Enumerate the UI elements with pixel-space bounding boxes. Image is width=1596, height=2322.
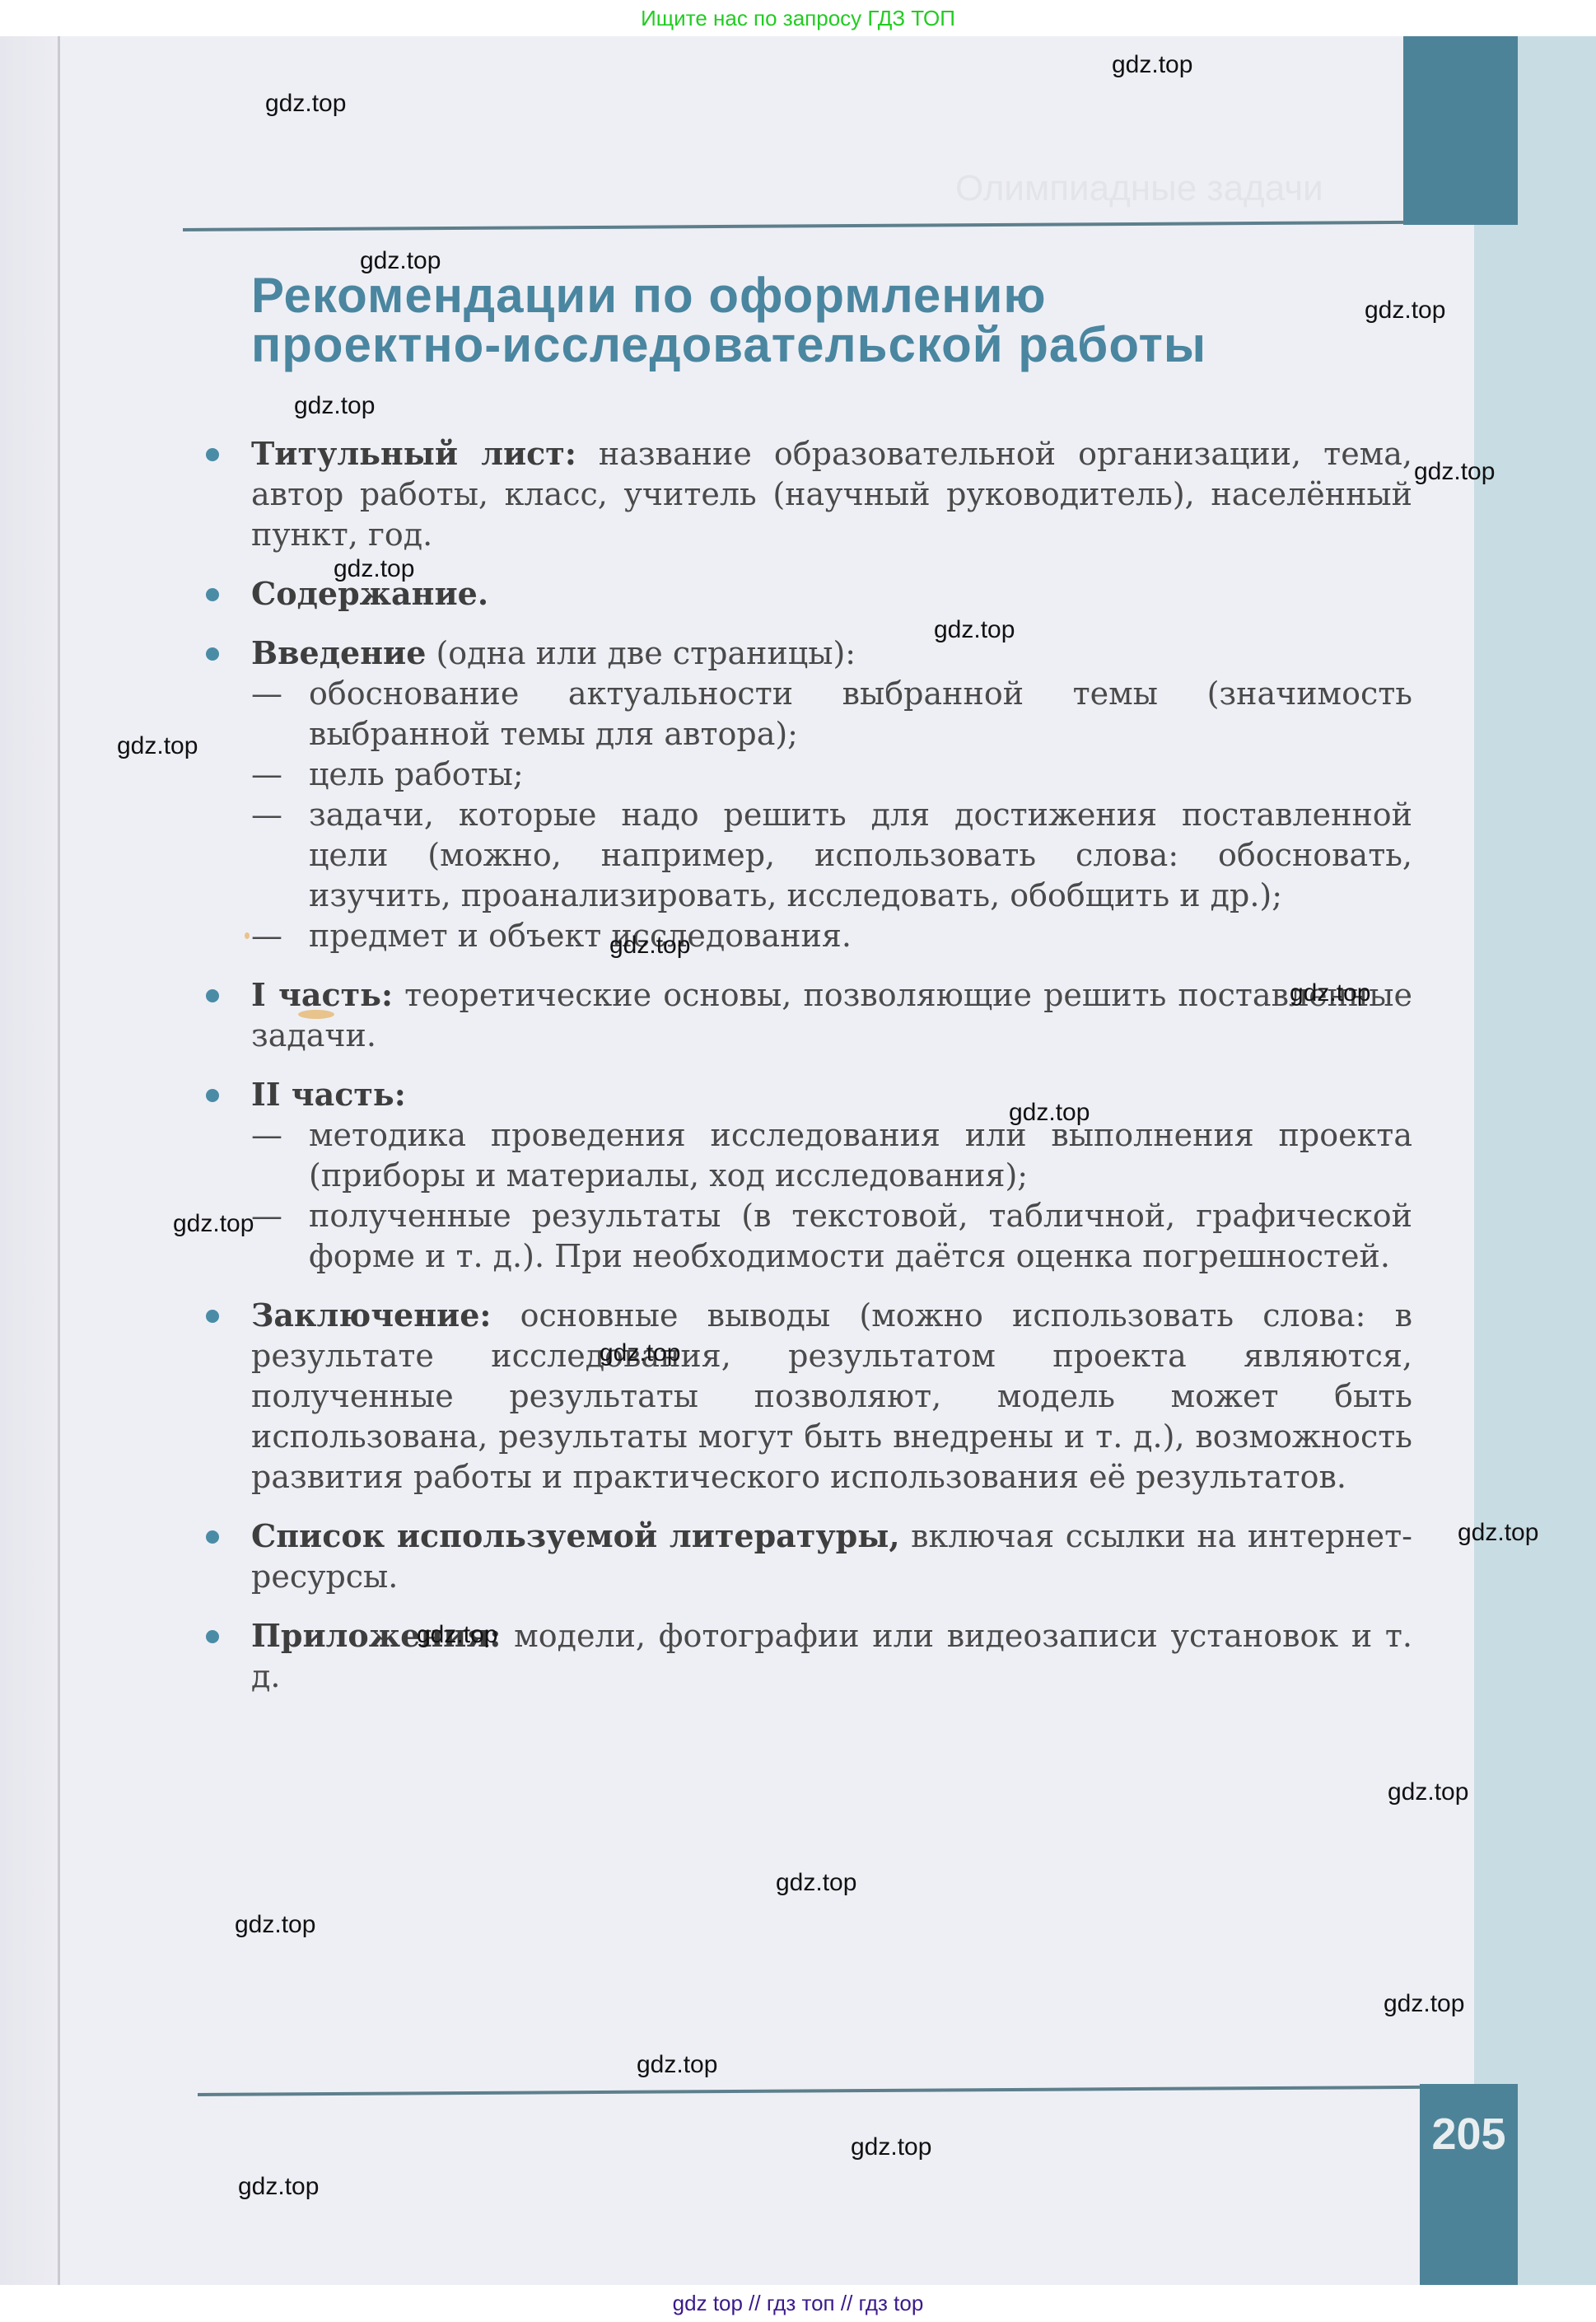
watermark: gdz.top: [1388, 1778, 1468, 1806]
watermark: gdz.top: [1112, 51, 1192, 79]
sub-item: —предмет и объект исследования.: [251, 916, 1412, 956]
bleed-through-header: Олимпиадные задачи: [955, 168, 1323, 209]
bullet-icon: [206, 1530, 219, 1544]
sub-item: —полученные результаты (в текстовой, таб…: [251, 1196, 1412, 1277]
top-color-tab: [1403, 36, 1518, 225]
textbook-page: Олимпиадные задачи Рекомендации по оформ…: [0, 36, 1596, 2285]
watermark: gdz.top: [609, 932, 690, 960]
top-banner: Ищите нас по запросу ГДЗ ТОП: [0, 0, 1596, 36]
item-text: I часть: теоретические основы, позволяющ…: [251, 974, 1412, 1056]
item-text: Введение (одна или две страницы):: [251, 633, 1412, 674]
bullet-icon: [206, 647, 219, 661]
watermark: gdz.top: [238, 2173, 319, 2201]
item-label: Титульный лист:: [251, 435, 576, 472]
list-item: Список используемой литературы, включая …: [206, 1516, 1412, 1597]
watermark: gdz.top: [417, 1621, 497, 1649]
page-number: 205: [1420, 2109, 1518, 2160]
item-description: теоретические основы, позволяющие решить…: [251, 977, 1412, 1054]
item-text: II часть:: [251, 1074, 1412, 1115]
watermark: gdz.top: [851, 2133, 931, 2161]
watermark: gdz.top: [1414, 458, 1495, 486]
title-line-2: проектно-исследовательской работы: [251, 320, 1404, 370]
recommendations-list: Титульный лист: название образовательной…: [206, 433, 1412, 1715]
list-item: Введение (одна или две страницы):—обосно…: [206, 633, 1412, 956]
stain-mark: [298, 1010, 334, 1019]
page-title: Рекомендации по оформлению проектно-иссл…: [251, 271, 1404, 370]
title-line-1: Рекомендации по оформлению: [251, 271, 1404, 320]
watermark: gdz.top: [294, 392, 375, 420]
item-label: Список используемой литературы,: [251, 1517, 900, 1554]
dash-marker: —: [251, 674, 282, 714]
bullet-icon: [206, 1310, 219, 1323]
sub-item-text: методика проведения исследования или вып…: [309, 1117, 1412, 1194]
item-text: Титульный лист: название образовательной…: [251, 433, 1412, 555]
sub-item: —цель работы;: [251, 755, 1412, 795]
stain-mark: [245, 932, 250, 939]
right-edge-strip: [1474, 36, 1596, 2285]
item-text: Список используемой литературы, включая …: [251, 1516, 1412, 1597]
watermark: gdz.top: [776, 1869, 856, 1897]
sub-item: —методика проведения исследования или вы…: [251, 1115, 1412, 1196]
bullet-icon: [206, 1630, 219, 1643]
left-margin: [0, 36, 58, 2285]
dash-marker: —: [251, 916, 282, 956]
sub-item: —обоснование актуальности выбранной темы…: [251, 674, 1412, 755]
list-item: Приложения: модели, фотографии или видео…: [206, 1615, 1412, 1697]
watermark: gdz.top: [934, 616, 1015, 644]
bottom-banner-text: gdz top // гдз топ // гдз top: [673, 2291, 924, 2315]
list-item: Титульный лист: название образовательной…: [206, 433, 1412, 555]
sub-item-text: обоснование актуальности выбранной темы …: [309, 675, 1412, 752]
sub-item-text: цель работы;: [309, 756, 524, 792]
item-label: I часть:: [251, 976, 393, 1013]
book-spine: [58, 36, 60, 2285]
list-item: I часть: теоретические основы, позволяющ…: [206, 974, 1412, 1056]
watermark: gdz.top: [1458, 1519, 1538, 1547]
watermark: gdz.top: [1009, 1099, 1090, 1127]
list-item: Заключение: основные выводы (можно испол…: [206, 1295, 1412, 1497]
bottom-divider: [198, 2086, 1420, 2096]
item-text: Заключение: основные выводы (можно испол…: [251, 1295, 1412, 1497]
bullet-icon: [206, 989, 219, 1002]
bullet-icon: [206, 588, 219, 601]
watermark: gdz.top: [334, 555, 414, 583]
item-label: Введение: [251, 634, 426, 671]
item-label: II часть:: [251, 1076, 406, 1113]
top-divider: [183, 221, 1405, 231]
watermark: gdz.top: [600, 1339, 680, 1367]
dash-marker: —: [251, 755, 282, 795]
watermark: gdz.top: [235, 1911, 315, 1939]
item-label: Заключение:: [251, 1296, 491, 1334]
list-item: II часть:—методика проведения исследован…: [206, 1074, 1412, 1277]
sub-item-text: предмет и объект исследования.: [309, 918, 852, 954]
watermark: gdz.top: [265, 90, 346, 118]
watermark: gdz.top: [360, 247, 441, 275]
dash-marker: —: [251, 795, 282, 835]
watermark: gdz.top: [117, 732, 198, 760]
top-banner-text: Ищите нас по запросу ГДЗ ТОП: [641, 6, 955, 30]
bullet-icon: [206, 1089, 219, 1102]
watermark: gdz.top: [1384, 1990, 1464, 2018]
sub-item-text: задачи, которые надо решить для достижен…: [309, 797, 1412, 913]
watermark: gdz.top: [173, 1210, 254, 1238]
sub-item: —задачи, которые надо решить для достиже…: [251, 795, 1412, 916]
bottom-banner: gdz top // гдз топ // гдз top: [0, 2285, 1596, 2322]
dash-marker: —: [251, 1115, 282, 1156]
bullet-icon: [206, 448, 219, 461]
dash-marker: —: [251, 1196, 282, 1236]
item-text: Содержание.: [251, 573, 1412, 614]
watermark: gdz.top: [1290, 979, 1370, 1007]
watermark: gdz.top: [637, 2051, 717, 2079]
item-description: (одна или две страницы):: [426, 635, 856, 671]
watermark: gdz.top: [1365, 297, 1445, 325]
sub-item-text: полученные результаты (в текстовой, табл…: [309, 1198, 1412, 1274]
